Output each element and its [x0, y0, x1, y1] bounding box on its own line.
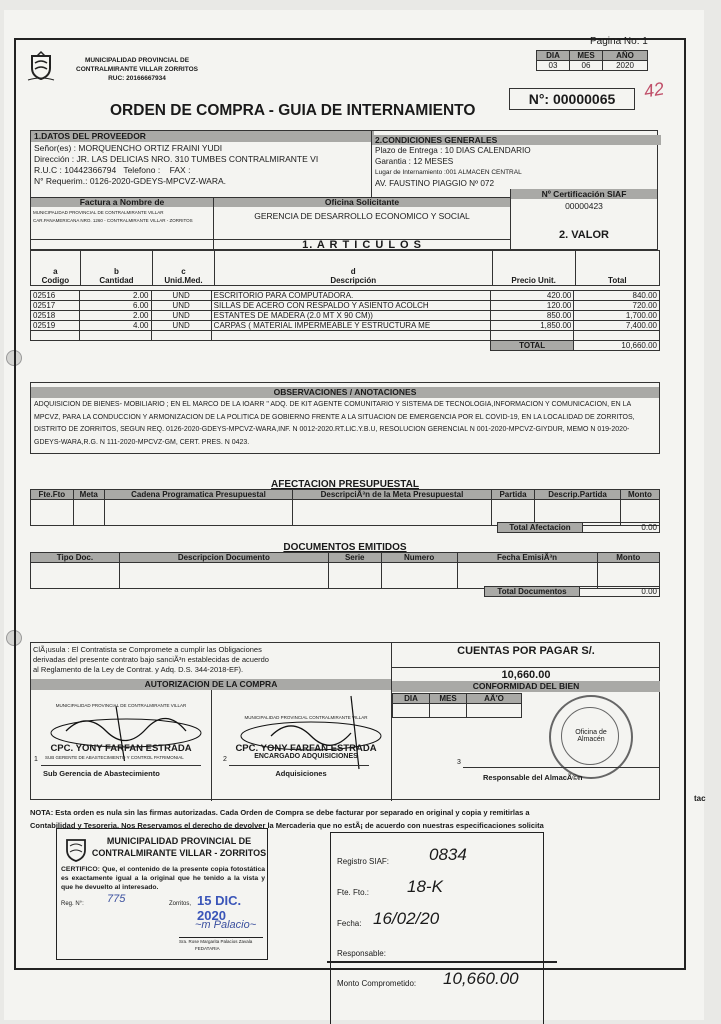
org-header: MUNICIPALIDAD PROVINCIAL DE CONTRALMIRAN… — [62, 56, 212, 83]
budget-col-header: Descrip.Partida — [535, 490, 621, 500]
date-mes-label: MES — [570, 51, 603, 61]
item-total: 7,400.00 — [574, 321, 660, 331]
item-description: ESTANTES DE MADERA (2.0 MT X 90 CM)) — [211, 311, 490, 321]
column-label: Total — [578, 276, 657, 285]
budget-empty-cell — [104, 500, 292, 526]
documents-total-value: 0.00 — [580, 587, 660, 597]
supplier-contact: R.U.C : 10442366794 Telefono : FAX : — [34, 165, 364, 176]
articles-col-header: aCodigo — [31, 251, 81, 286]
item-description: CARPAS ( MATERIAL IMPERMEABLE Y ESTRUCTU… — [211, 321, 490, 331]
stamp-org-line1: MUNICIPALIDAD PROVINCIAL DE — [91, 835, 267, 847]
documents-col-header: Descripcion Documento — [119, 553, 328, 563]
conditions-details: Plazo de Entrega : 10 DIAS CALENDARIO Ga… — [375, 145, 655, 189]
item-total: 840.00 — [574, 291, 660, 301]
item-unit: UND — [151, 311, 211, 321]
documents-empty-cell — [597, 563, 659, 589]
documents-empty-cell — [31, 563, 120, 589]
issued-documents-table: Tipo Doc.Descripcion DocumentoSerieNumer… — [30, 552, 660, 589]
date-dia-label: DIA — [537, 51, 570, 61]
articles-col-header: dDescripción — [214, 251, 492, 286]
clause-line2: derivadas del presente contrato bajo san… — [33, 655, 383, 665]
item-code: 02519 — [31, 321, 80, 331]
stamp-signature-scribble: ~m Palacio~ — [195, 919, 256, 931]
value-section-title: 2. VALOR — [511, 229, 657, 241]
budget-total-label: Total Afectacion — [498, 523, 583, 533]
certification-stamp: MUNICIPALIDAD PROVINCIAL DE CONTRALMIRAN… — [56, 828, 268, 960]
goods-conformity-title: CONFORMIDAD DEL BIEN — [392, 681, 660, 692]
siaf-certification-number: 00000423 — [511, 201, 657, 211]
requesting-office-label: Oficina Solicitante — [214, 197, 510, 207]
signature3-number: 3 — [457, 759, 461, 766]
invoice-to-name: MUNICIPALIDAD PROVINCIAL DE CONTRALMIRAN… — [33, 209, 213, 217]
budget-empty-cell — [31, 500, 74, 526]
column-label: Codigo — [33, 276, 78, 285]
table-row: 025182.00UNDESTANTES DE MADERA (2.0 MT X… — [31, 311, 660, 321]
siaf-certification-label: Nº Certificación SIAF — [511, 189, 657, 199]
observations-title: OBSERVACIONES / ANOTACIONES — [31, 387, 659, 398]
invoice-to-address: CAR.PANAMERICANA NRO. 1260 - CONTRALMIRA… — [33, 217, 213, 225]
document-sheet: MUNICIPALIDAD PROVINCIAL DE CONTRALMIRAN… — [4, 10, 704, 1020]
item-code: 02516 — [31, 291, 80, 301]
item-unit-price: 120.00 — [490, 301, 573, 311]
supplier-phone: Telefono : — [123, 165, 160, 175]
articles-header: aCodigobCantidadcUnid.Med.dDescripciónPr… — [30, 250, 660, 286]
warranty: Garantia : 12 MESES — [375, 156, 655, 167]
supplier-section-title: 1.DATOS DEL PROVEEDOR — [31, 131, 374, 142]
item-unit: UND — [151, 291, 211, 301]
storage-address: AV. FAUSTINO PIAGGIO Nº 072 — [375, 178, 655, 189]
budget-col-header: Monto — [620, 490, 659, 500]
stamp-place-label: Zorritos, — [169, 901, 191, 907]
empty-cell — [151, 331, 211, 341]
handwritten-mark: 42 — [642, 78, 665, 102]
order-date-table: DIA MES AÑO 03 06 2020 — [536, 50, 648, 71]
purchase-authorization-title: AUTORIZACION DE LA COMPRA — [31, 679, 391, 690]
budget-empty-cell — [293, 500, 492, 526]
column-letter: c — [155, 267, 212, 276]
municipal-shield-logo — [26, 50, 56, 82]
siaf-monto-value: 10,660.00 — [443, 969, 519, 989]
date-mes: 06 — [570, 61, 603, 71]
column-letter: a — [33, 267, 78, 276]
item-unit: UND — [151, 321, 211, 331]
org-name-line1: MUNICIPALIDAD PROVINCIAL DE — [62, 56, 212, 65]
empty-cell — [80, 331, 151, 341]
signature3-caption: Responsable del AlmacÃ©n — [483, 773, 582, 782]
observations-text: ADQUISICION DE BIENES- MOBILIARIO ; EN E… — [31, 398, 659, 450]
table-row-spacer — [31, 331, 660, 341]
empty-cell — [211, 331, 490, 341]
stamp-signer: Sra. Rose Margarita Palacios Zavala — [179, 939, 265, 944]
item-code: 02518 — [31, 311, 80, 321]
budget-total-value: 0.00 — [583, 523, 660, 533]
item-description: SILLAS DE ACERO CON RESPALDO Y ASIENTO A… — [211, 301, 490, 311]
documents-col-header: Tipo Doc. — [31, 553, 120, 563]
documents-col-header: Numero — [381, 553, 457, 563]
table-row: 025194.00UNDCARPAS ( MATERIAL IMPERMEABL… — [31, 321, 660, 331]
supplier-conditions-block: 1.DATOS DEL PROVEEDOR Señor(es) : MORQUE… — [30, 130, 658, 250]
item-total: 720.00 — [574, 301, 660, 311]
date-anio-label: AÑO — [603, 51, 648, 61]
conditions-section-title: 2.CONDICIONES GENERALES — [372, 135, 661, 145]
stamp-certification-text: CERTIFICO: Que, el contenido de la prese… — [61, 865, 265, 892]
articles-total-label: TOTAL — [490, 341, 573, 351]
issued-documents-total: Total Documentos 0.00 — [484, 586, 660, 597]
stamp-org: MUNICIPALIDAD PROVINCIAL DE CONTRALMIRAN… — [91, 835, 267, 859]
side-text: tac — [694, 794, 706, 803]
table-row: 025162.00UNDESCRITORIO PARA COMPUTADORA.… — [31, 291, 660, 301]
municipal-shield-logo-small — [63, 835, 89, 863]
invoice-to-label: Factura a Nombre de — [31, 197, 213, 207]
column-letter: b — [83, 267, 150, 276]
documents-empty-cell — [328, 563, 381, 589]
signature1-name: CPC. YONY FARFAN ESTRADA — [31, 743, 211, 754]
signature2-caption: Adquisiciones — [221, 769, 381, 778]
date-anio: 2020 — [603, 61, 648, 71]
budget-empty-cell — [73, 500, 104, 526]
siaf-fecha-value: 16/02/20 — [373, 909, 439, 929]
document-title: ORDEN DE COMPRA - GUIA DE INTERNAMIENTO — [110, 102, 475, 120]
articles-total-row: TOTAL10,660.00 — [31, 341, 660, 351]
conformity-mes-label: MES — [430, 694, 467, 704]
supplier-ruc: R.U.C : 10442366794 — [34, 165, 116, 175]
articles-col-header: Total — [575, 251, 659, 286]
accounts-payable-label: CUENTAS POR PAGAR S/. — [392, 645, 660, 657]
conformity-anio-label: AÃ'O — [467, 694, 522, 704]
articles-col-header: bCantidad — [80, 251, 152, 286]
stamp-reg-label: Reg. N°: — [61, 901, 84, 907]
item-unit-price: 420.00 — [490, 291, 573, 301]
org-name-line2: CONTRALMIRANTE VILLAR ZORRITOS — [62, 65, 212, 74]
empty-cell — [574, 331, 660, 341]
budget-col-header: DescripciÃ³n de la Meta Presupuestal — [293, 490, 492, 500]
siaf-ftefto-label: Fte. Fto.: — [337, 888, 369, 897]
clause-text: ClÃ¡usula : El Contratista se Compromete… — [33, 645, 383, 675]
order-number: N°: 00000065 — [509, 88, 635, 110]
column-letter: d — [217, 267, 490, 276]
column-label: Unid.Med. — [155, 276, 212, 285]
item-total: 1,700.00 — [574, 311, 660, 321]
item-description: ESCRITORIO PARA COMPUTADORA. — [211, 291, 490, 301]
siaf-registro-value: 0834 — [429, 845, 467, 865]
budget-col-header: Meta — [73, 490, 104, 500]
item-unit-price: 1,850.00 — [490, 321, 573, 331]
documents-col-header: Fecha EmisiÃ³n — [457, 553, 597, 563]
org-ruc: RUC: 20166667934 — [62, 74, 212, 83]
invoice-to-details: MUNICIPALIDAD PROVINCIAL DE CONTRALMIRAN… — [33, 209, 213, 225]
table-row: 025176.00UNDSILLAS DE ACERO CON RESPALDO… — [31, 301, 660, 311]
siaf-fecha-label: Fecha: — [337, 919, 361, 928]
item-quantity: 4.00 — [80, 321, 151, 331]
documents-empty-cell — [381, 563, 457, 589]
documents-empty-cell — [457, 563, 597, 589]
accounts-payable-value: 10,660.00 — [392, 669, 660, 681]
delivery-term: Plazo de Entrega : 10 DIAS CALENDARIO — [375, 145, 655, 156]
item-quantity: 2.00 — [80, 291, 151, 301]
supplier-requirement: N° Requerim.: 0126-2020-GDEYS-MPCVZ-WARA… — [34, 176, 364, 187]
siaf-registro-label: Registro SIAF: — [337, 857, 389, 866]
clause-line3: al Reglamento de la Ley de Contrat. y Ad… — [33, 665, 383, 675]
observations-block: OBSERVACIONES / ANOTACIONES ADQUISICION … — [30, 382, 660, 454]
supplier-address: Dirección : JR. LAS DELICIAS NRO. 310 TU… — [34, 154, 364, 165]
blank-cell — [31, 341, 491, 351]
column-label: Descripción — [217, 276, 490, 285]
stamp-signer-role: FEDATARIA — [195, 946, 255, 951]
stamp-org-line2: CONTRALMIRANTE VILLAR - ZORRITOS — [91, 847, 267, 859]
requesting-office: GERENCIA DE DESARROLLO ECONOMICO Y SOCIA… — [214, 211, 510, 221]
item-unit: UND — [151, 301, 211, 311]
item-code: 02517 — [31, 301, 80, 311]
articles-col-header: Precio Unit. — [492, 251, 575, 286]
budget-col-header: Fte.Fto — [31, 490, 74, 500]
signature1-number: 1 — [34, 756, 38, 763]
conformity-dia-label: DIA — [393, 694, 430, 704]
signature1-caption: Sub Gerencia de Abastecimiento — [43, 769, 160, 778]
articles-col-header: cUnid.Med. — [153, 251, 215, 286]
supplier-details: Señor(es) : MORQUENCHO ORTIZ FRAINI YUDI… — [34, 143, 364, 187]
empty-cell — [31, 331, 80, 341]
date-dia: 03 — [537, 61, 570, 71]
articles-table: 025162.00UNDESCRITORIO PARA COMPUTADORA.… — [30, 290, 660, 351]
column-label: Cantidad — [83, 276, 150, 285]
documents-col-header: Monto — [597, 553, 659, 563]
budget-col-header: Cadena Programatica Presupuestal — [104, 490, 292, 500]
note-line1: NOTA: Esta orden es nula sin las firmas … — [30, 806, 690, 819]
siaf-registration-stamp: Registro SIAF: 0834 Fte. Fto.: 18-K Fech… — [330, 832, 544, 1024]
siaf-monto-label: Monto Comprometido: — [337, 979, 416, 988]
signature2-number: 2 — [223, 756, 227, 763]
documents-col-header: Serie — [328, 553, 381, 563]
item-unit-price: 850.00 — [490, 311, 573, 321]
authorization-block: ClÃ¡usula : El Contratista se Compromete… — [30, 642, 660, 800]
supplier-name: Señor(es) : MORQUENCHO ORTIZ FRAINI YUDI — [34, 143, 364, 154]
item-quantity: 2.00 — [80, 311, 151, 321]
documents-empty-cell — [119, 563, 328, 589]
supplier-fax: FAX : — [170, 165, 191, 175]
signature1-role: SUB GERENTE DE ABASTECIMIENTO Y CONTROL … — [45, 755, 205, 760]
budget-affectation-table: Fte.FtoMetaCadena Programatica Presupues… — [30, 489, 660, 526]
storage-location: Lugar de Internamiento :001 ALMACEN CENT… — [375, 167, 655, 178]
siaf-ftefto-value: 18-K — [407, 877, 443, 897]
column-label: Precio Unit. — [495, 276, 573, 285]
empty-cell — [490, 331, 573, 341]
page-number: Pagina No: 1 — [590, 36, 648, 47]
budget-affectation-total: Total Afectacion 0.00 — [497, 522, 660, 533]
signature2-role: ENCARGADO ADQUISICIONES — [221, 753, 391, 760]
item-quantity: 6.00 — [80, 301, 151, 311]
stamp-reg-value: 775 — [107, 893, 125, 905]
siaf-responsable-label: Responsable: — [337, 949, 386, 958]
clause-line1: ClÃ¡usula : El Contratista se Compromete… — [33, 645, 383, 655]
conformity-date-table: DIA MES AÃ'O — [392, 693, 522, 718]
documents-total-label: Total Documentos — [485, 587, 580, 597]
articles-total-value: 10,660.00 — [574, 341, 660, 351]
budget-col-header: Partida — [491, 490, 534, 500]
warehouse-stamp-text: Oficina de Almacén — [565, 729, 617, 743]
